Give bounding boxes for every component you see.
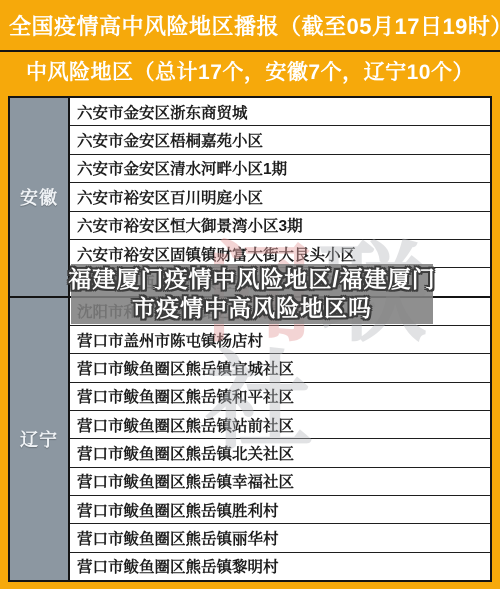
table-row: 六安市裕安区恒大御景湾小区3期 — [70, 212, 490, 240]
overlay-caption-line1: 福建厦门疫情中风险地区/福建厦门 — [68, 265, 435, 294]
province-label-anhui: 安徽 — [10, 98, 70, 296]
province-group-liaoning: 辽宁 沈阳市和平区文艺路艺园小区营口市盖州市陈屯镇杨店村营口市鲅鱼圈区熊岳镇宜城… — [10, 296, 490, 580]
table-row: 营口市鲅鱼圈区熊岳镇幸福社区 — [70, 468, 490, 496]
table-row: 六安市金安区清水河畔小区1期 — [70, 155, 490, 183]
overlay-caption-line2: 市疫情中高风险地区吗 — [132, 294, 372, 323]
province-label-liaoning: 辽宁 — [10, 298, 70, 580]
table-row: 营口市鲅鱼圈区熊岳镇和平社区 — [70, 383, 490, 411]
subtitle-banner: 中风险地区（总计17个，安徽7个，辽宁10个） — [0, 52, 500, 90]
table-row: 六安市金安区浙东商贸城 — [70, 98, 490, 126]
infographic-root: 全国疫情高中风险地区播报（截至05月17日19时） 中风险地区（总计17个，安徽… — [0, 0, 500, 589]
row-list-liaoning: 沈阳市和平区文艺路艺园小区营口市盖州市陈屯镇杨店村营口市鲅鱼圈区熊岳镇宜城社区营… — [70, 298, 490, 580]
table-row: 六安市裕安区百川明庭小区 — [70, 183, 490, 211]
table-row: 营口市鲅鱼圈区熊岳镇宜城社区 — [70, 354, 490, 382]
overlay-caption: 福建厦门疫情中风险地区/福建厦门 市疫情中高风险地区吗 — [71, 264, 433, 324]
risk-area-table: 安徽 六安市金安区浙东商贸城六安市金安区梧桐嘉苑小区六安市金安区清水河畔小区1期… — [8, 96, 492, 582]
table-row: 营口市鲅鱼圈区熊岳镇站前社区 — [70, 411, 490, 439]
table-row: 营口市鲅鱼圈区熊岳镇黎明村 — [70, 553, 490, 580]
table-row: 六安市金安区梧桐嘉苑小区 — [70, 126, 490, 154]
title-banner: 全国疫情高中风险地区播报（截至05月17日19时） — [0, 0, 500, 52]
table-row: 营口市鲅鱼圈区熊岳镇胜利村 — [70, 496, 490, 524]
page-title: 全国疫情高中风险地区播报（截至05月17日19时） — [9, 10, 500, 41]
table-row: 营口市鲅鱼圈区熊岳镇北关社区 — [70, 439, 490, 467]
subtitle-text: 中风险地区（总计17个，安徽7个，辽宁10个） — [26, 56, 474, 86]
table-row: 营口市盖州市陈屯镇杨店村 — [70, 326, 490, 354]
table-row: 营口市鲅鱼圈区熊岳镇丽华村 — [70, 524, 490, 552]
